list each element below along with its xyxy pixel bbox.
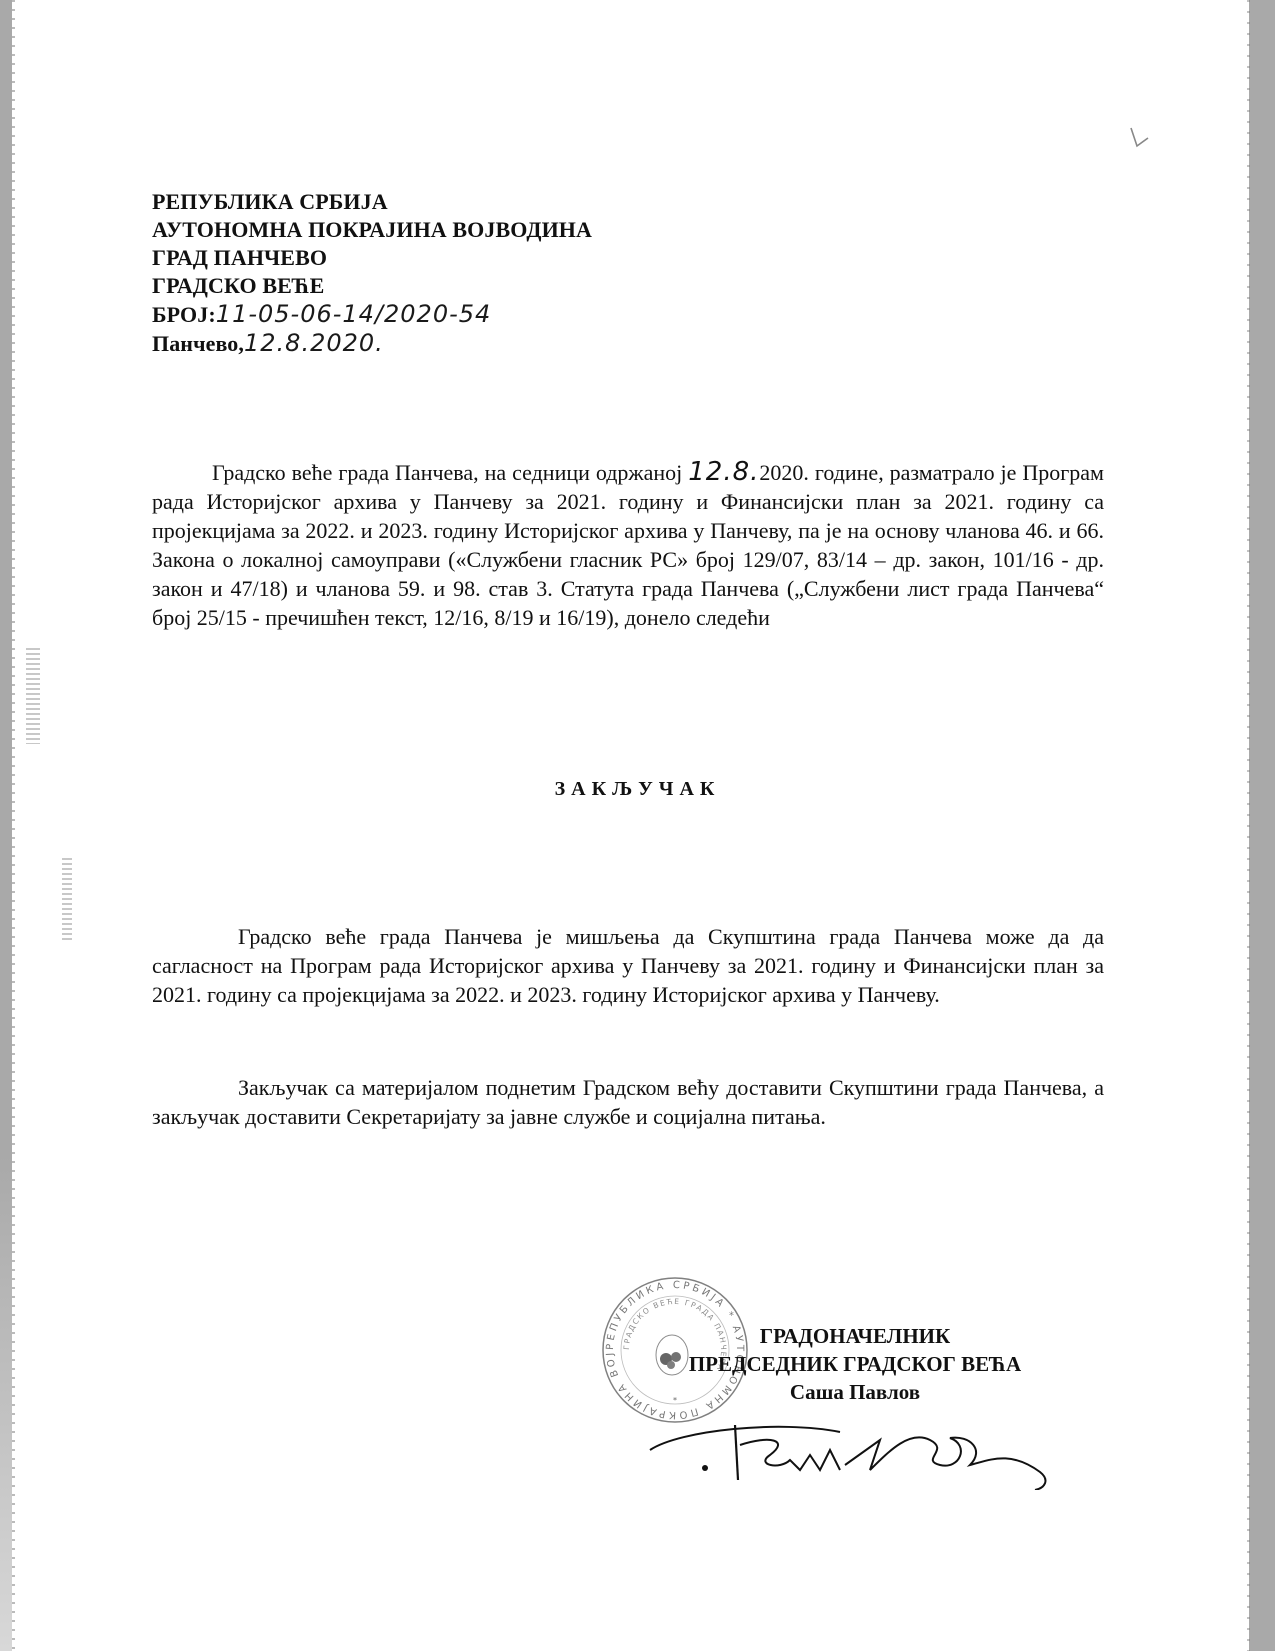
signature-block: ГРАДОНАЧЕЛНИК ПРЕДСЕДНИК ГРАДСКОГ ВЕЋА С… [640,1322,1070,1406]
document-place-date: Панчево,12.8.2020. [152,329,592,358]
delivery-paragraph: Закључак са материјалом поднетим Градско… [152,1073,1104,1131]
scan-edge-left [0,0,12,1651]
conclusion-paragraph: Градско веће града Панчева је мишљења да… [152,922,1104,1009]
document-date: 12.8.2020. [244,329,384,357]
corner-tick-mark-icon [1128,126,1158,156]
document-number-value: 11-05-06-14/2020-54 [216,300,492,328]
handwritten-signature-icon [640,1410,1060,1490]
signatory-title-mayor: ГРАДОНАЧЕЛНИК [640,1322,1070,1350]
document-title: ЗАКЉУЧАК [0,778,1275,801]
delivery-text: Закључак са материјалом поднетим Градско… [152,1075,1104,1129]
preamble-text-start: Градско веће града Панчева, на седници о… [212,460,688,485]
header-council: ГРАДСКО ВЕЋЕ [152,272,592,300]
scan-edge-right [1249,0,1275,1651]
preamble-paragraph: Градско веће града Панчева, на седници о… [152,458,1104,632]
signatory-name: Саша Павлов [640,1378,1070,1406]
conclusion-text: Градско веће града Панчева је мишљења да… [152,924,1104,1007]
margin-smudge [62,858,72,942]
place-label: Панчево, [152,331,244,356]
preamble-text-rest: 2020. године, разматрало је Програм рада… [152,460,1104,630]
header-province: АУТОНОМНА ПОКРАЈИНА ВОЈВОДИНА [152,216,592,244]
margin-smudge [26,648,40,744]
header-country: РЕПУБЛИКА СРБИЈА [152,188,592,216]
signatory-title-president: ПРЕДСЕДНИК ГРАДСКОГ ВЕЋА [640,1350,1070,1378]
document-number-label: БРОЈ: [152,302,216,327]
document-header: РЕПУБЛИКА СРБИЈА АУТОНОМНА ПОКРАЈИНА ВОЈ… [152,188,592,358]
header-city: ГРАД ПАНЧЕВО [152,244,592,272]
session-date-handwritten: 12.8. [688,457,759,487]
document-number: БРОЈ:11-05-06-14/2020-54 [152,300,592,329]
